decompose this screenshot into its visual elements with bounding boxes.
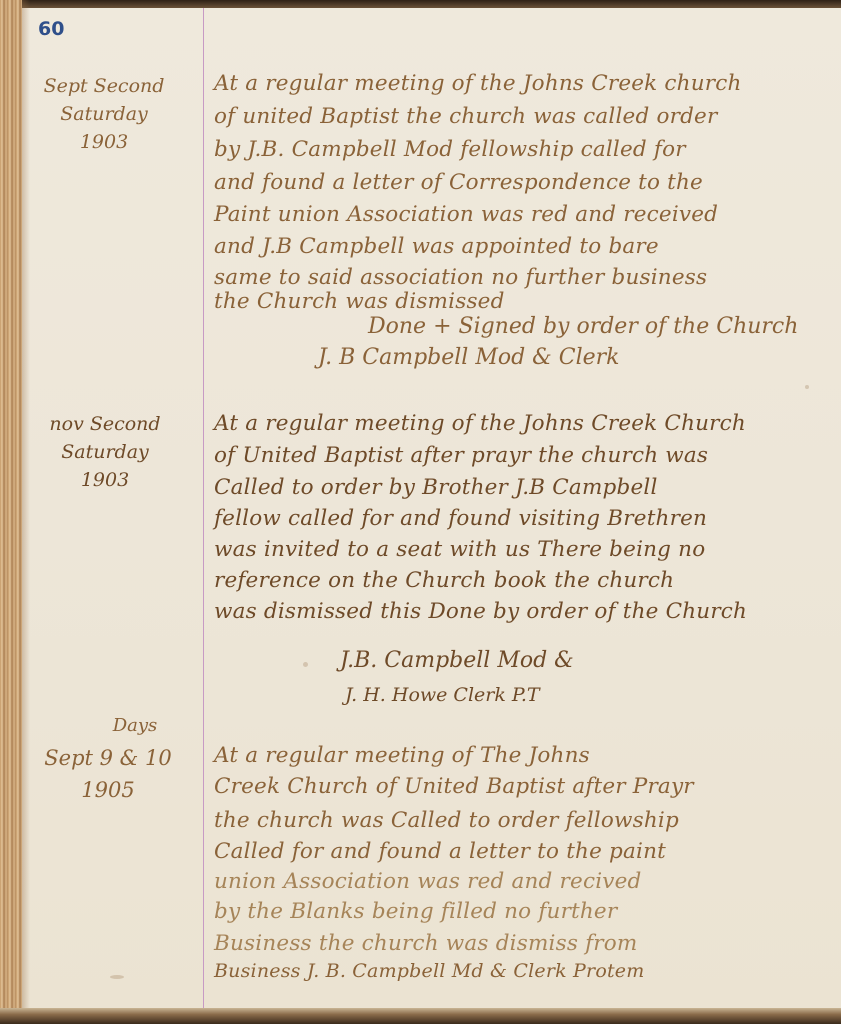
entry-1-line: by J.B. Campbell Mod fellowship called f… (214, 134, 686, 165)
entry-2-line: fellow called for and found visiting Bre… (214, 503, 707, 534)
entry-2-date: nov Second Saturday 1903 (30, 410, 180, 494)
date-line: Sept Second (34, 72, 174, 100)
entry-3-date: Sept 9 & 10 1905 (28, 742, 188, 806)
date-line: Saturday (30, 438, 180, 466)
date-line: 1905 (28, 774, 188, 806)
entry-3-line: by the Blanks being filled no further (214, 896, 617, 927)
margin-rule-line (203, 8, 204, 1008)
paper-speck (303, 662, 308, 667)
entry-1-line: and found a letter of Correspondence to … (214, 167, 703, 198)
date-line: 1903 (30, 466, 180, 494)
entry-2-line: was invited to a seat with us There bein… (214, 534, 705, 565)
entry-1-line: the Church was dismissed (214, 286, 505, 317)
entry-3-line: the church was Called to order fellowshi… (214, 805, 679, 836)
entry-2-line: reference on the Church book the church (214, 565, 674, 596)
entry-2-signature: J.B. Campbell Mod & (340, 648, 574, 673)
entry-1-signature: J. B Campbell Mod & Clerk (318, 345, 619, 370)
entry-3-last-line: Business J. B. Campbell Md & Clerk Prote… (214, 956, 644, 987)
entry-3-line: At a regular meeting of The Johns (214, 740, 590, 771)
entry-1-closing: Done + Signed by order of the Church (368, 314, 798, 339)
entry-2-line: Called to order by Brother J.B Campbell (214, 472, 658, 503)
entry-1-line: and J.B Campbell was appointed to bare (214, 231, 659, 262)
page-top-edge (0, 0, 841, 8)
date-line: Saturday (34, 100, 174, 128)
page-bottom-edge (0, 1008, 841, 1024)
page-number: 60 (38, 18, 64, 40)
binding-shadow (22, 0, 30, 1024)
entry-1-line: Paint union Association was red and rece… (214, 199, 718, 230)
date-line: Sept 9 & 10 (28, 742, 188, 774)
entry-1-line: At a regular meeting of the Johns Creek … (214, 68, 742, 99)
entry-3-line: Creek Church of United Baptist after Pra… (214, 771, 694, 802)
paper-speck (805, 385, 809, 389)
date-line: nov Second (30, 410, 180, 438)
entry-2-line: At a regular meeting of the Johns Creek … (214, 408, 746, 439)
entry-3-line: Called for and found a letter to the pai… (214, 836, 666, 867)
entry-3-line: union Association was red and recived (214, 866, 642, 897)
entry-3-line: Business the church was dismiss from (214, 928, 638, 959)
entry-2-clerk-signature: J. H. Howe Clerk P.T (345, 684, 540, 706)
entry-2-line: of United Baptist after prayr the church… (214, 440, 708, 471)
paper-stain (110, 975, 124, 979)
entry-2-line: was dismissed this Done by order of the … (214, 596, 747, 627)
entry-3-date-note: Days (90, 712, 180, 740)
date-line: 1903 (34, 128, 174, 156)
entry-1-line: of united Baptist the church was called … (214, 101, 717, 132)
book-binding (0, 0, 22, 1024)
ledger-page: 60 Sept Second Saturday 1903 At a regula… (0, 0, 841, 1024)
entry-1-date: Sept Second Saturday 1903 (34, 72, 174, 156)
